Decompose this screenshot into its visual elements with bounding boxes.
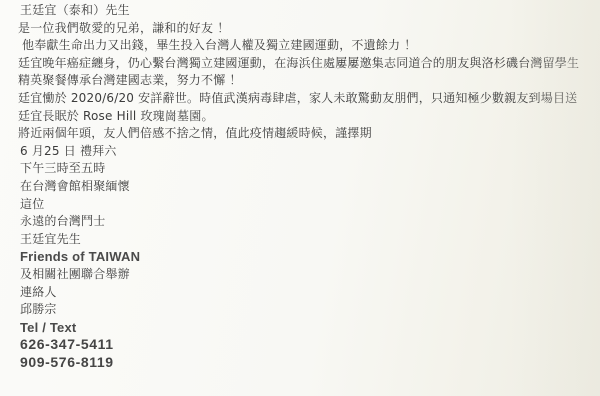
intro-line: 是一位我們敬愛的兄弟，謙和的好友 ！	[18, 20, 600, 38]
later-years-line: 廷宜晚年癌症纏身，仍心繫台灣獨立建國運動，在海浜住處屢屢邀集志同道合的朋友與洛杉…	[18, 55, 600, 73]
tel-text-label: Tel / Text	[20, 319, 600, 337]
resting-place-line: 廷宜長眠於 Rose Hill 玫瑰崗墓園。	[18, 108, 600, 126]
dedication-line: 他奉獻生命出力又出錢，畢生投入台灣人權及獨立建國運動，不遺餘力 ！	[20, 37, 600, 55]
eternal-fighter-line: 永遠的台灣鬥士	[20, 213, 600, 231]
event-venue: 在台灣會館相聚緬懷	[20, 178, 600, 196]
memorial-notice-document: 王廷宜（泰和）先生 是一位我們敬愛的兄弟，謙和的好友 ！ 他奉獻生命出力又出錢，…	[0, 0, 600, 371]
contact-label: 連絡人	[20, 284, 600, 302]
this-person-line: 這位	[20, 196, 600, 214]
contact-person-name: 邱勝宗	[20, 301, 600, 319]
later-years-line-cont: 精英聚餐傳承台灣建國志業，努力不懈 ！	[18, 72, 600, 90]
phone-number-1: 626-347-5411	[20, 336, 600, 354]
event-date: 6 月25 日 禮拜六	[20, 143, 600, 161]
phone-number-2: 909-576-8119	[20, 354, 600, 372]
organizer-name: Friends of TAIWAN	[20, 248, 600, 266]
gathering-intro-line: 將近兩個年頭，友人們倍感不捨之情，值此疫情趨緩時候，謹擇期	[18, 125, 600, 143]
co-organizers-line: 及相關社團聯合舉辦	[20, 266, 600, 284]
passing-line: 廷宜慟於 2020/6/20 安詳辭世。時值武漢病毒肆虐，家人未敢驚動友朋們，只…	[18, 90, 600, 108]
title-honoree-name: 王廷宜（泰和）先生	[20, 2, 600, 20]
event-time: 下午三時至五時	[20, 160, 600, 178]
honoree-name-line: 王廷宜先生	[20, 231, 600, 249]
